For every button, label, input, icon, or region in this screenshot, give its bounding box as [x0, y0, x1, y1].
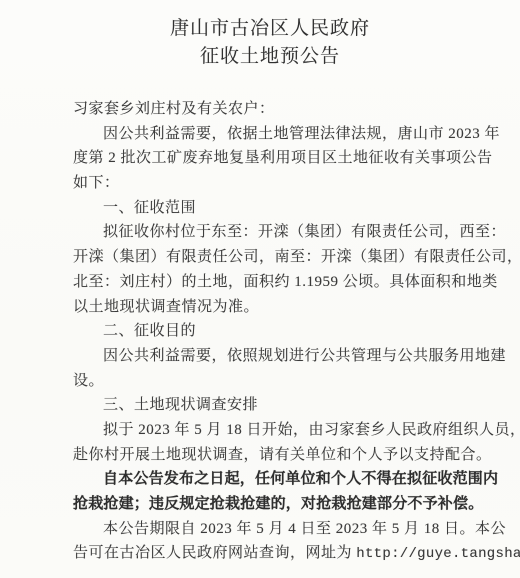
- closing-line-2: 告可在古冶区人民政府网站查询，网址为 http://guye.tangsha: [73, 541, 467, 566]
- closing-line-2-text: 告可在古冶区人民政府网站查询，网址为: [73, 545, 356, 561]
- document-title: 唐山市古冶区人民政府 征收土地预公告: [73, 15, 467, 71]
- warning-line-2: 抢栽抢建；违反规定抢栽抢建的，对抢栽抢建部分不予补偿。: [73, 492, 467, 517]
- intro-line-3: 如下：: [73, 171, 467, 196]
- section-1-line-3: 北至：刘庄村）的土地，面积约 1.1959 公顷。具体面积和地类: [73, 270, 467, 295]
- warning-line-1: 自本公告发布之日起，任何单位和个人不得在拟征收范围内: [73, 467, 467, 492]
- closing-line-1: 本公告期限自 2023 年 5 月 4 日至 2023 年 5 月 18 日。本…: [73, 517, 467, 542]
- section-2-heading: 二、征收目的: [73, 319, 467, 344]
- section-3-line-2: 赴你村开展土地现状调查，请有关单位和个人予以支持配合。: [73, 443, 467, 468]
- document-body: 习家套乡刘庄村及有关农户： 因公共利益需要，依据土地管理法律法规，唐山市 202…: [73, 97, 467, 566]
- document-title-line-1: 唐山市古冶区人民政府: [73, 15, 467, 43]
- scanned-document-page: 唐山市古冶区人民政府 征收土地预公告 习家套乡刘庄村及有关农户： 因公共利益需要…: [0, 0, 520, 578]
- section-1-heading: 一、征收范围: [73, 196, 467, 221]
- section-1-line-1: 拟征收你村位于东至：开滦（集团）有限责任公司，西至：: [73, 220, 467, 245]
- intro-line-2: 度第 2 批次工矿废弃地复垦利用项目区土地征收有关事项公告: [73, 146, 467, 171]
- section-3-heading: 三、土地现状调查安排: [73, 393, 467, 418]
- intro-line-1: 因公共利益需要，依据土地管理法律法规，唐山市 2023 年: [73, 122, 467, 147]
- salutation: 习家套乡刘庄村及有关农户：: [73, 97, 467, 122]
- section-1-line-4: 以土地现状调查情况为准。: [73, 295, 467, 320]
- section-3-line-1: 拟于 2023 年 5 月 18 日开始，由习家套乡人民政府组织人员，: [73, 418, 467, 443]
- section-2-line-1: 因公共利益需要，依照规划进行公共管理与公共服务用地建: [73, 344, 467, 369]
- website-url: http://guye.tangsha: [356, 546, 520, 562]
- section-1-line-2: 开滦（集团）有限责任公司，南至：开滦（集团）有限责任公司，: [73, 245, 467, 270]
- section-2-line-2: 设。: [73, 369, 467, 394]
- document-title-line-2: 征收土地预公告: [73, 43, 467, 71]
